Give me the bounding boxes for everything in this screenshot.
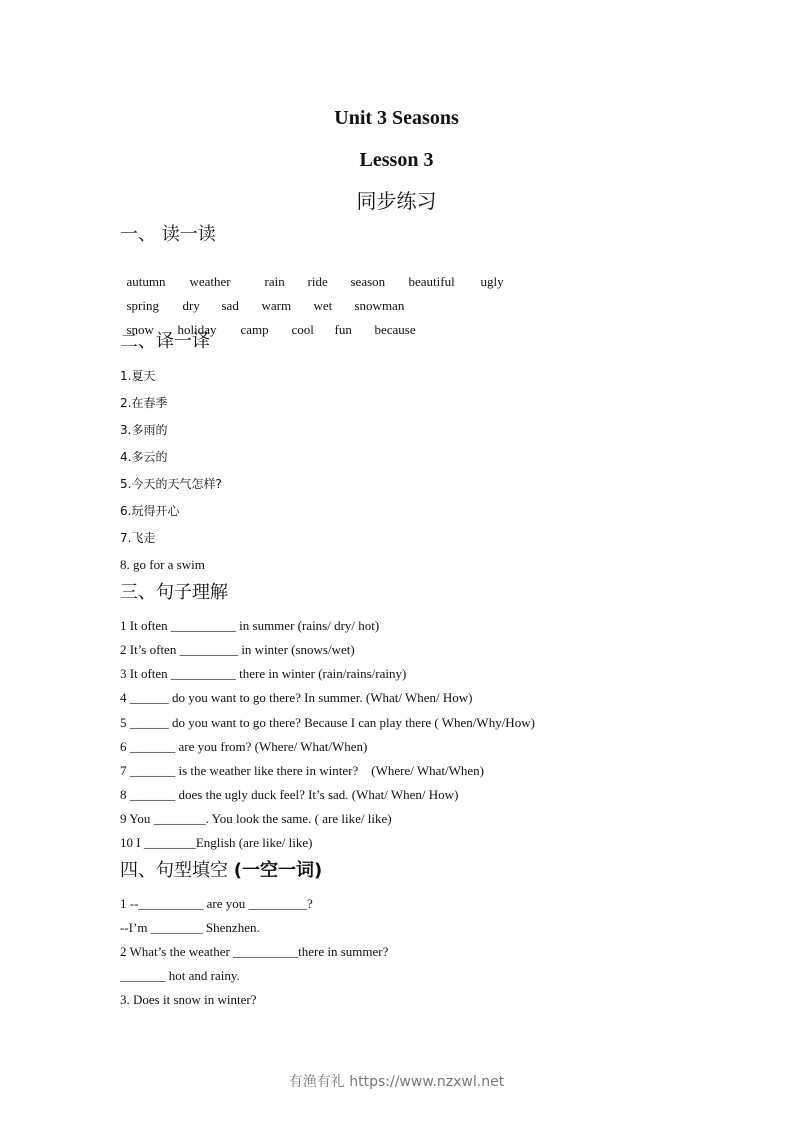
sentence-item: 2 It’s often _________ in winter (snows/…	[120, 642, 355, 658]
lesson-subtitle: Lesson 3	[0, 148, 793, 172]
word: ugly	[481, 274, 504, 290]
sentence-item: 5 ______ do you want to go there? Becaus…	[120, 715, 535, 731]
section4-heading: 四、句型填空 (一空一词)	[120, 860, 322, 882]
translate-item: 1.夏天	[120, 368, 155, 384]
fill-item: 1 --__________ are you _________?	[120, 896, 313, 912]
sentence-item: 9 You ________. You look the same. ( are…	[120, 811, 392, 827]
fill-item: 2 What’s the weather __________there in …	[120, 944, 388, 960]
sentence-item: 8 _______ does the ugly duck feel? It’s …	[120, 787, 458, 803]
translate-item: 3.多雨的	[120, 422, 167, 438]
section1-heading: 一、 读一读	[120, 224, 216, 246]
fill-item: --I’m ________ Shenzhen.	[120, 920, 260, 936]
sentence-item: 10 I ________English (are like/ like)	[120, 835, 312, 851]
sentence-item: 6 _______ are you from? (Where/ What/Whe…	[120, 739, 367, 755]
word: beautiful	[409, 274, 481, 290]
section4-heading-paren: (一空一词)	[234, 860, 322, 881]
sentence-item: 4 ______ do you want to go there? In sum…	[120, 690, 473, 706]
fill-item: _______ hot and rainy.	[120, 968, 240, 984]
translate-item: 5.今天的天气怎样?	[120, 476, 222, 492]
fill-item: 3. Does it snow in winter?	[120, 992, 256, 1008]
section2-heading: 二、译一译	[120, 331, 210, 353]
word: camp	[241, 322, 292, 338]
exercise-subtitle: 同步练习	[0, 189, 793, 213]
section4-heading-cn: 四、句型填空	[120, 860, 234, 881]
section3-heading: 三、句子理解	[120, 582, 228, 604]
word: cool	[292, 322, 335, 338]
sentence-item: 7 _______ is the weather like there in w…	[120, 763, 484, 779]
translate-item: 8. go for a swim	[120, 557, 205, 573]
translate-item: 4.多云的	[120, 449, 167, 465]
word: fun	[335, 322, 375, 338]
sentence-item: 3 It often __________ there in winter (r…	[120, 666, 406, 682]
translate-item: 7.飞走	[120, 530, 155, 546]
page-title: Unit 3 Seasons	[0, 106, 793, 130]
footer-watermark: 有渔有礼 https://www.nzxwl.net	[0, 1071, 793, 1091]
sentence-item: 1 It often __________ in summer (rains/ …	[120, 618, 379, 634]
translate-item: 6.玩得开心	[120, 503, 179, 519]
translate-item: 2.在春季	[120, 395, 167, 411]
word: because	[375, 322, 416, 338]
